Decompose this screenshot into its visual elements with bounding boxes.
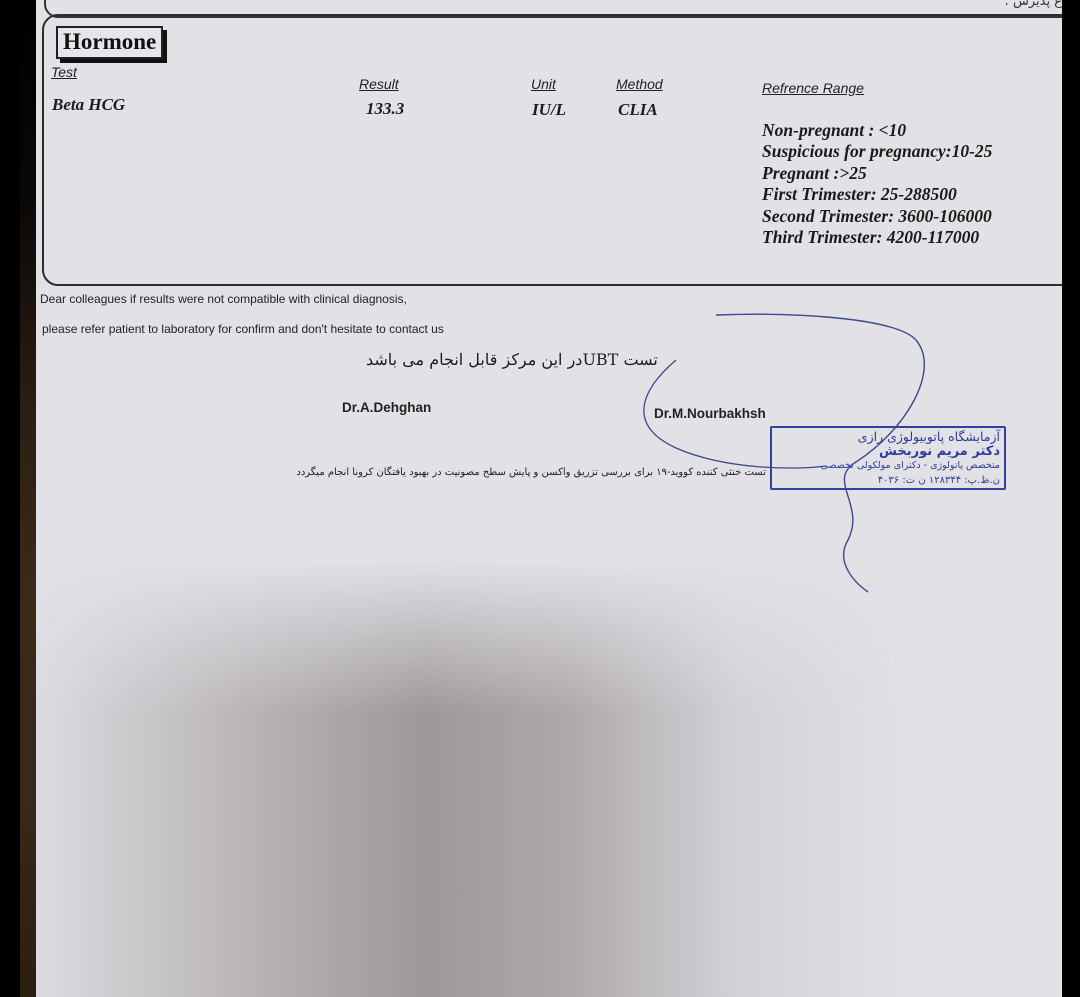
- reference-range-item: Non-pregnant : <10: [762, 120, 992, 141]
- photo-dark-edge: [0, 0, 20, 997]
- reference-range-item: Third Trimester: 4200-117000: [762, 227, 992, 248]
- column-header-reference-range: Refrence Range: [762, 80, 864, 96]
- reference-range-item: Pregnant :>25: [762, 163, 992, 184]
- column-header-method: Method: [616, 76, 663, 92]
- signatory-left: Dr.A.Dehghan: [342, 400, 431, 415]
- stamp-doctor-name: دکتر مریم نوربخش: [776, 445, 1000, 460]
- stamp-lab-name: آزمایشگاه پاتوبیولوژی رازی: [776, 430, 1000, 445]
- ubt-notice: تست UBTدر این مرکز قابل انجام می باشد: [366, 350, 736, 369]
- lab-report-page: ع پذیرش : Hormone Test Result Unit Metho…: [36, 0, 1062, 997]
- disclaimer-line-1: Dear colleagues if results were not comp…: [40, 292, 407, 306]
- test-name: Beta HCG: [52, 95, 125, 115]
- section-title: Hormone: [56, 26, 163, 59]
- reference-range-item: Suspicious for pregnancy:10-25: [762, 141, 992, 162]
- disclaimer-line-2: please refer patient to laboratory for c…: [42, 322, 444, 336]
- covid-notice: تست خنثی کننده کووید-۱۹ برای بررسی تزریق…: [136, 467, 766, 478]
- test-unit: IU/L: [532, 100, 566, 120]
- reference-range-list: Non-pregnant : <10 Suspicious for pregna…: [762, 120, 992, 248]
- hormone-results-box: Hormone Test Result Unit Method Refrence…: [42, 14, 1062, 286]
- test-result: 133.3: [366, 99, 404, 119]
- laboratory-stamp: آزمایشگاه پاتوبیولوژی رازی دکتر مریم نور…: [770, 426, 1006, 490]
- signatory-right: Dr.M.Nourbakhsh: [654, 406, 766, 421]
- column-header-test: Test: [51, 64, 77, 80]
- paper-shadow: [36, 560, 1062, 997]
- stamp-license-numbers: ن.ظ.پ: ۱۲۸۳۴۴ ن ت: ۴۰۳۶: [776, 474, 1000, 489]
- column-header-result: Result: [359, 76, 399, 92]
- stamp-specialty: متخصص پاتولوژی - دکترای مولکولی تخصصی: [776, 459, 1000, 474]
- column-header-unit: Unit: [531, 76, 556, 92]
- photo-background-right: [1062, 0, 1080, 997]
- reception-label: ع پذیرش :: [1004, 0, 1062, 9]
- reference-range-item: First Trimester: 25-288500: [762, 184, 992, 205]
- test-method: CLIA: [618, 100, 658, 120]
- reference-range-item: Second Trimester: 3600-106000: [762, 206, 992, 227]
